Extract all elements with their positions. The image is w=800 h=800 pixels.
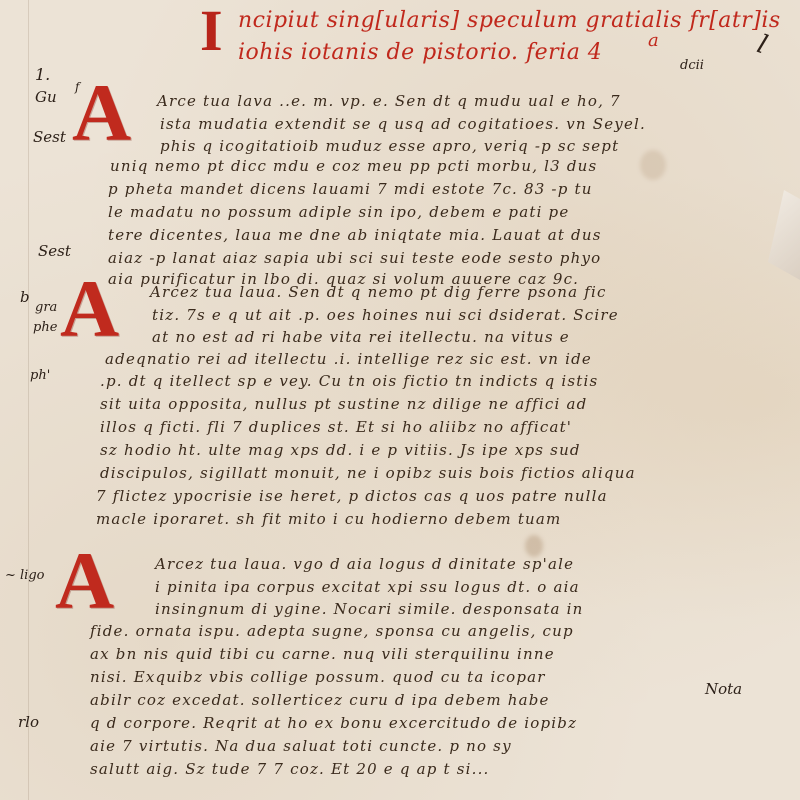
margin-note: Sest: [38, 242, 71, 260]
text-line: aie 7 virtutis. Na dua saluat toti cunct…: [90, 737, 512, 755]
ink-stain: [525, 535, 543, 557]
text-line: le madatu no possum adiple sin ipo, debe…: [108, 203, 569, 221]
corner-mark: l: [753, 29, 771, 60]
text-line: abilr coz excedat. sollerticez curu d ip…: [90, 691, 550, 709]
text-line: phis q icogitatioib muduz esse apro, ver…: [160, 137, 619, 155]
text-line: Arcez tua laua. Sen dt q nemo pt dig fer…: [150, 283, 607, 301]
text-line: Arce tua lava ..e. m. vp. e. Sen dt q mu…: [157, 92, 621, 110]
text-line: ista mudatia extendit se q usq ad cogita…: [160, 115, 646, 133]
margin-note: Sest: [33, 128, 66, 146]
text-line: i pinita ipa corpus excitat xpi ssu logu…: [155, 578, 580, 596]
margin-note-nota: Nota: [705, 680, 742, 698]
text-line: adeqnatio rei ad itellectu .i. intellige…: [105, 350, 592, 368]
margin-note: b: [20, 288, 30, 306]
margin-note: rlo: [18, 713, 39, 731]
parchment-tear: [760, 190, 800, 280]
text-line: q d corpore. Reqrit at ho ex bonu excerc…: [90, 714, 577, 732]
folio-mark: 1.: [35, 65, 50, 84]
decorated-initial-A: A: [72, 72, 131, 154]
text-line: uniq nemo pt dicc mdu e coz meu pp pcti …: [110, 157, 597, 175]
text-line: .p. dt q itellect sp e vey. Cu tn ois fi…: [100, 372, 598, 390]
rubric-initial-I: I: [200, 2, 223, 60]
text-line: at no est ad ri habe vita rei itellectu.…: [152, 328, 570, 346]
margin-note: Gu: [35, 88, 57, 106]
after-rubric-note: dcii: [680, 58, 704, 73]
text-line: tere dicentes, laua me dne ab iniqtate m…: [108, 226, 602, 244]
rubric-line-1: ncipiut sing[ularis] speculum gratialis …: [238, 8, 781, 33]
text-line: p pheta mandet dicens lauami 7 mdi estot…: [108, 180, 593, 198]
text-line: tiz. 7s e q ut ait .p. oes hoines nui sc…: [152, 306, 619, 324]
text-line: insingnum di ygine. Nocari simile. despo…: [155, 600, 584, 618]
text-line: illos q ficti. fli 7 duplices st. Et si …: [100, 418, 572, 436]
manuscript-page: I ncipiut sing[ularis] speculum gratiali…: [0, 0, 800, 800]
text-line: aiaz -p lanat aiaz sapia ubi sci sui tes…: [108, 249, 601, 267]
text-line: sz hodio ht. ulte mag xps dd. i e p viti…: [100, 441, 581, 459]
text-line: Arcez tua laua. vgo d aia logus d dinita…: [155, 555, 574, 573]
foxing-stain: [640, 150, 666, 180]
rubric-superscript: a: [648, 30, 659, 51]
rubric-line-2: iohis iotanis de pistorio. feria 4: [238, 40, 602, 65]
margin-note: ph': [30, 368, 50, 383]
decorated-initial-A: A: [60, 268, 119, 350]
decorated-initial-A: A: [55, 540, 114, 622]
margin-note: ~ ligo: [5, 568, 45, 583]
text-line: ax bn nis quid tibi cu carne. nuq vili s…: [90, 645, 555, 663]
text-line: sit uita opposita, nullus pt sustine nz …: [100, 395, 587, 413]
margin-ruling-line: [28, 0, 29, 800]
text-line: 7 flictez ypocrisie ise heret, p dictos …: [96, 487, 608, 505]
text-line: discipulos, sigillatt monuit, ne i opibz…: [100, 464, 636, 482]
text-line: nisi. Exquibz vbis collige possum. quod …: [90, 668, 546, 686]
text-line: macle iporaret. sh fit mito i cu hodiern…: [96, 510, 561, 528]
text-line: salutt aig. Sz tude 7 7 coz. Et 20 e q a…: [90, 760, 490, 778]
margin-note: phe: [33, 320, 57, 335]
text-line: fide. ornata ispu. adepta sugne, sponsa …: [90, 622, 574, 640]
margin-note: gra: [35, 300, 57, 315]
